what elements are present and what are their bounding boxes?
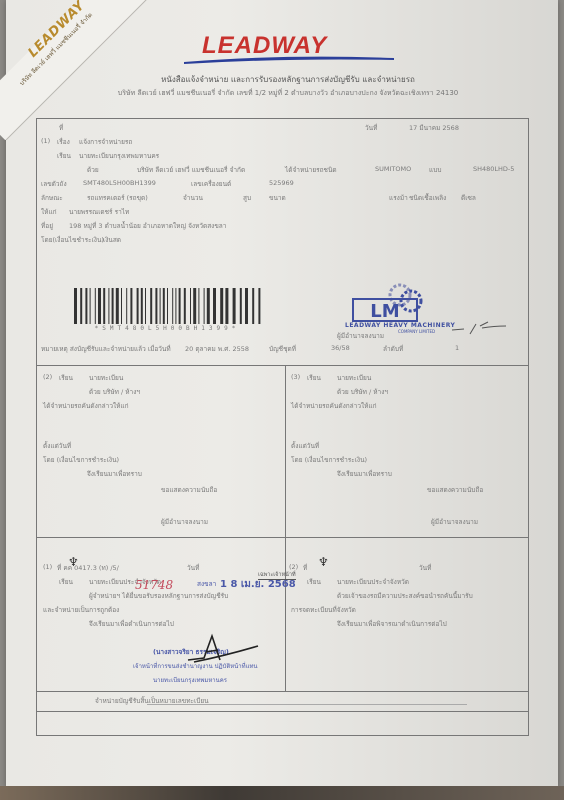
brand-value: SUMITOMO: [375, 165, 411, 173]
section2-to-label: เรียน: [59, 373, 73, 383]
official2-date-label: วันที่: [419, 563, 431, 573]
garuda-emblem-icon: ♆: [68, 555, 79, 569]
garuda-emblem-icon: ♆: [318, 555, 329, 569]
buyer-label: ให้แก่: [41, 207, 57, 217]
qty-label: จำนวน: [183, 193, 203, 203]
section2-since: ตั้งแต่วันที่: [43, 441, 71, 451]
registration-form: ที่ วันที่ 17 มีนาคม 2568 (1) เรื่อง แจ้…: [36, 118, 529, 736]
chassis-value: SMT480L5H00BH1399: [83, 179, 156, 187]
section2-signer: ผู้มีอำนาจลงนาม: [161, 517, 208, 527]
divider: [37, 537, 528, 538]
buyer-value: นายพรรณเดชร์ ราไท: [69, 207, 129, 217]
divider: [37, 365, 528, 366]
official1-line3: จึงเรียนมาเพื่อดำเนินการต่อไป: [89, 619, 174, 629]
official2-line2: การจดทะเบียนที่จังหวัด: [291, 605, 356, 615]
company-address: บริษัท ลีดเวย์ เฮฟวี่ แมชชีนเนอรี่ จำกัด…: [6, 88, 564, 99]
by-value: บริษัท ลีดเวย์ เฮฟวี่ แมชชีนเนอรี่ จำกัด: [137, 165, 245, 175]
reference-number: 51748: [135, 578, 173, 592]
logo-swoosh-icon: [184, 56, 394, 64]
cyl-label: สูบ: [243, 193, 251, 203]
chassis-label: เลขตัวถัง: [41, 179, 67, 189]
divider: [37, 691, 528, 692]
section3-pay: โดย (เงื่อนไขการชำระเงิน): [291, 455, 367, 465]
account-label: บัญชีชุดที่: [269, 344, 296, 354]
section2-inform: จึงเรียนมาเพื่อทราบ: [87, 469, 142, 479]
hp-label: แรงม้า: [389, 193, 408, 203]
account-value: 36/58: [331, 344, 350, 352]
barcode-text: *SMT480L5H00BH1399*: [72, 325, 262, 332]
subject-label: เรื่อง: [57, 137, 70, 147]
section3-regards: ขอแสดงความนับถือ: [427, 485, 483, 495]
barcode: [72, 288, 262, 324]
official1-office: นายทะเบียนกรุงเทพมหานคร: [153, 675, 227, 685]
divider: [37, 711, 528, 712]
section2-sold: ได้จำหน่ายรถคันดังกล่าวให้แก่: [43, 401, 129, 411]
section2-number: (2): [43, 373, 52, 381]
stamp-company-name: LEADWAY HEAVY MACHINERY: [345, 322, 455, 329]
to-value: นายทะเบียนกรุงเทพมหานคร: [79, 151, 159, 161]
section3-by: ด้วย บริษัท / ห้างฯ: [337, 387, 388, 397]
sold-label: ได้จำหน่ายรถชนิด: [285, 165, 337, 175]
section3-number: (3): [291, 373, 300, 381]
section3-since: ตั้งแต่วันที่: [291, 441, 319, 451]
section2-by: ด้วย บริษัท / ห้างฯ: [89, 387, 140, 397]
official2-line1: ด้วยเจ้าของรถมีความประสงค์ขอนำรถคันนี้มา…: [337, 591, 473, 601]
official1-line2: และจำหน่ายเป็นการถูกต้อง: [43, 605, 119, 615]
stamp-company-sub: COMPANY LIMITED: [398, 329, 435, 334]
section2-regards: ขอแสดงความนับถือ: [161, 485, 217, 495]
section3-inform: จึงเรียนมาเพื่อทราบ: [337, 469, 392, 479]
section2-to-value: นายทะเบียน: [89, 373, 123, 383]
buyer-address-value: 198 หมู่ที่ 3 ตำบลน้ำน้อย อำเภอหาดใหญ่ จ…: [69, 221, 226, 231]
footer-underline: [147, 704, 467, 705]
by-label: ด้วย: [87, 165, 99, 175]
order-value: 1: [455, 344, 459, 352]
official1-province: สงขลา: [197, 579, 216, 589]
engine-label: เลขเครื่องยนต์: [191, 179, 231, 189]
official1-ref-label: ที่ คค 0417.3 (ท) /5/: [57, 563, 119, 573]
order-label: ลำดับที่: [383, 344, 403, 354]
size-label: ขนาด: [269, 193, 286, 203]
model-value: SH480LHD-5: [473, 165, 514, 173]
buyer-address-label: ที่อยู่: [41, 221, 53, 231]
date-label: วันที่: [365, 123, 377, 133]
official1-date-label: วันที่: [187, 563, 199, 573]
section3-sold: ได้จำหน่ายรถคันดังกล่าวให้แก่: [291, 401, 377, 411]
to-label: เรียน: [57, 151, 71, 161]
section3-to-label: เรียน: [307, 373, 321, 383]
no-label: ที่: [59, 123, 63, 133]
date-stamp: 1 8 เม.ย. 2568: [220, 577, 296, 592]
official2-number: (2): [289, 563, 298, 571]
remark-date: 20 ตุลาคม พ.ศ. 2558: [185, 344, 249, 354]
table-surface: [0, 786, 564, 800]
official2-to-label: เรียน: [307, 577, 321, 587]
fuel-label: ชนิดเชื้อเพลิง: [409, 193, 446, 203]
remark-label: หมายเหตุ ส่งบัญชีรับและจำหน่ายแล้ว เมื่อ…: [41, 344, 171, 354]
date-value: 17 มีนาคม 2568: [409, 123, 459, 133]
payment-label: โดย(เงื่อนไขชำระเงิน): [41, 235, 104, 245]
official-signature-icon: [184, 632, 264, 672]
section1-number: (1): [41, 137, 50, 145]
section2-pay: โดย (เงื่อนไขการชำระเงิน): [43, 455, 119, 465]
signer-label: ผู้มีอำนาจลงนาม: [337, 331, 384, 341]
divider: [285, 365, 286, 691]
official2-to-value: นายทะเบียนประจำจังหวัด: [337, 577, 409, 587]
svg-text:LM: LM: [370, 301, 399, 322]
official2-ref-label: ที่: [303, 563, 307, 573]
signature-icon: [450, 318, 510, 336]
payment-value: เงินสด: [103, 235, 121, 245]
official2-line3: จึงเรียนมาเพื่อพิจารณาดำเนินการต่อไป: [337, 619, 447, 629]
section3-signer: ผู้มีอำนาจลงนาม: [431, 517, 478, 527]
document-title: หนังสือแจ้งจำหน่าย และการรับรองหลักฐานกา…: [6, 73, 564, 86]
type-label: ลักษณะ: [41, 193, 63, 203]
subject-value: แจ้งการจำหน่ายรถ: [79, 137, 132, 147]
model-label: แบบ: [429, 165, 441, 175]
company-stamp-icon: LM: [345, 283, 435, 323]
type-value: รถแทรคเตอร์ (รถขุด): [87, 193, 148, 203]
engine-value: 525969: [269, 179, 294, 187]
official1-to-label: เรียน: [59, 577, 73, 587]
section3-to-value: นายทะเบียน: [337, 373, 371, 383]
official1-line1: ผู้จำหน่ายฯ ได้ยื่นขอรับรองหลักฐานการส่ง…: [89, 591, 228, 601]
fuel-value: ดีเซล: [461, 193, 476, 203]
official1-number: (1): [43, 563, 52, 571]
